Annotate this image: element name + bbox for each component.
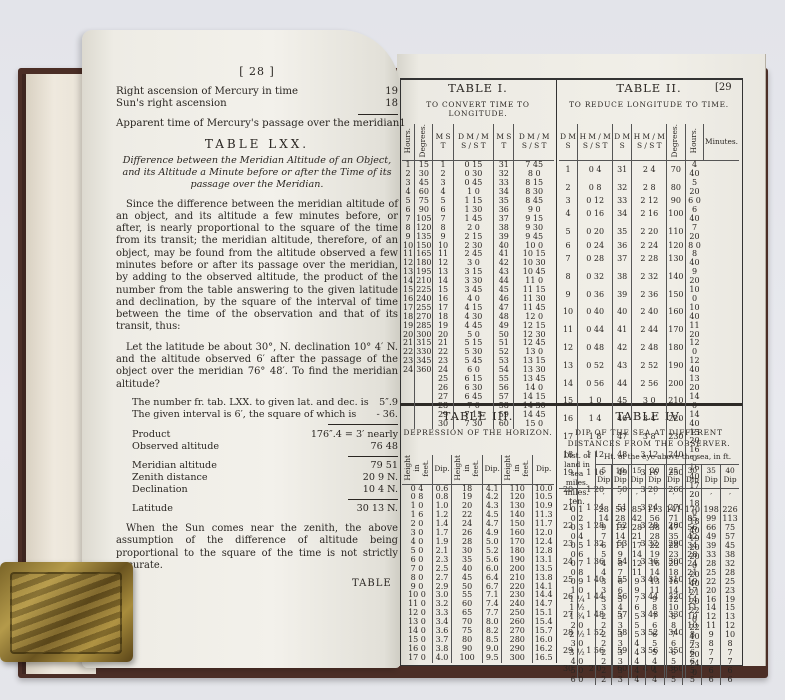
table1-grid: Hours.Degrees.M S TD M / M S / S TM S TD… — [402, 124, 554, 429]
table-cell: 100 — [452, 654, 483, 663]
minute-mark: ′ — [702, 488, 721, 506]
paragraph-1: Since the difference between the meridia… — [116, 199, 398, 334]
table-row: 60 24362 241208 0 — [559, 242, 739, 251]
table1-header: TABLE I. TO CONVERT TIME TO LONGITUDE. — [400, 84, 556, 119]
table-cell: 15 — [559, 393, 578, 411]
table-cell — [415, 384, 433, 393]
table2-caption: TO REDUCE LONGITUDE TO TIME. — [557, 100, 741, 110]
dip-cell: 2 — [596, 676, 612, 685]
table-cell: 2 24 — [632, 242, 667, 251]
header-label: D M S — [560, 132, 576, 150]
table-cell: 170 — [667, 322, 685, 340]
table1-caption: TO CONVERT TIME TO LONGITUDE. — [400, 100, 556, 119]
table-cell: 17 0 — [402, 654, 432, 663]
height-column-header: 5 Dip — [596, 464, 612, 488]
table3-grid: Height in feet.Dip.Height in feet.Dip.He… — [402, 455, 554, 663]
table-cell: 5 20 — [685, 179, 703, 197]
rule — [348, 456, 398, 457]
calc-line: The given interval is 6′, the square of … — [132, 409, 398, 421]
miles-ten-label: miles. ten. — [559, 488, 596, 506]
table2-header: TABLE II. TO REDUCE LONGITUDE TO TIME. — [557, 84, 741, 109]
table-cell: 0 4 — [578, 161, 613, 179]
height-column-header: 15 Dip — [629, 464, 646, 488]
table-cell: 2 16 — [632, 206, 667, 224]
table-cell: 1 — [559, 161, 578, 179]
height-column-header: 35 Dip — [702, 464, 721, 488]
apparent-time-line: Apparent time of Mercury's passage over … — [116, 118, 398, 131]
table-row: 2 01.4244.715011.7 — [402, 520, 554, 529]
table-cell: 70 — [667, 161, 685, 179]
height-column-header: 25 Dip — [664, 464, 683, 488]
table-cell: 7 30 — [453, 420, 494, 429]
paragraph-2: Let the latitude be about 30°, N. declin… — [116, 342, 398, 391]
bleed-through-table-label: TABLE — [352, 578, 392, 589]
header-label: Height in feet. — [454, 455, 481, 481]
table-row: 161 4463 422014 40 — [559, 411, 739, 429]
header-label: Dip. — [485, 464, 500, 473]
table-cell — [415, 393, 433, 402]
minute-mark: ′ — [721, 488, 739, 506]
table-cell: 210 — [667, 393, 685, 411]
table-header-cell: Dip. — [432, 455, 451, 484]
calc-line: The number fr. tab. LXX. to given lat. a… — [132, 397, 398, 409]
table-header-cell: H M / M S / S T — [632, 124, 667, 161]
paragraph-3: When the Sun comes near the zenith, the … — [116, 523, 398, 572]
table-cell: 0 32 — [578, 268, 613, 286]
table-cell — [415, 402, 433, 411]
table-cell — [402, 402, 415, 411]
table-row: 6 02.3355.619013.1 — [402, 556, 554, 565]
table-row: 3 01.7264.916012.0 — [402, 529, 554, 538]
header-label: Hours. — [690, 128, 699, 153]
table-cell: 30 — [433, 420, 453, 429]
calc-line: Product176″.4 = 3′ nearly — [132, 429, 398, 441]
table-cell: 10 0 — [685, 286, 703, 304]
dip-cell: 5 — [683, 676, 702, 685]
calc-line: Latitude30 13 N. — [132, 503, 398, 515]
table-cell: 2 8 — [632, 179, 667, 197]
table-cell: 0 36 — [578, 286, 613, 304]
table-cell: 80 — [667, 179, 685, 197]
table-cell: 33 — [613, 197, 632, 206]
table-cell: 0 24 — [578, 242, 613, 251]
rule — [358, 114, 398, 115]
table-row: 120 48422 4818012 0 — [559, 339, 739, 357]
table-row: 140 56442 5620013 20 — [559, 375, 739, 393]
table-cell: 6 40 — [685, 206, 703, 224]
table-cell: 90 — [667, 197, 685, 206]
table-row: 6 023445566 — [559, 676, 739, 685]
table-row: 0 80.8194.212010.5 — [402, 493, 554, 502]
header-label: M S T — [436, 132, 451, 150]
calculation-block: The number fr. tab. LXX. to given lat. a… — [132, 397, 398, 515]
table-cell: 2 20 — [632, 224, 667, 242]
table-cell: 2 28 — [632, 250, 667, 268]
table-row: 17 04.01009.530016.5 — [402, 654, 554, 663]
table-cell: 13 — [559, 357, 578, 375]
table-cell: 140 — [667, 268, 685, 286]
table-cell: 17 — [559, 429, 578, 447]
table-cell: 4 40 — [685, 161, 703, 179]
table-cell: 47 — [613, 429, 632, 447]
table-cell: 2 56 — [632, 375, 667, 393]
header-label: Hours. — [404, 128, 413, 153]
calc-line: Observed altitude76 48 — [132, 441, 398, 453]
calc-line: Zenith distance20 9 N. — [132, 472, 398, 484]
minute-mark: ′ — [629, 488, 646, 506]
table-cell: 0 52 — [578, 357, 613, 375]
header-label: H M / M S / S T — [580, 132, 611, 150]
table-cell: 0 56 — [578, 375, 613, 393]
table-cell: 14 0 — [685, 393, 703, 411]
table-cell: 60 — [494, 420, 514, 429]
table1-title: TABLE I. — [400, 84, 556, 94]
table-row: 307 306015 0 — [402, 420, 554, 429]
table2-title: TABLE II. — [557, 84, 741, 94]
header-label: Dip. — [536, 464, 551, 473]
table-cell: 2 44 — [632, 322, 667, 340]
table-row: 90 36392 3615010 0 — [559, 286, 739, 304]
header-label: H M / M S / S T — [634, 132, 665, 150]
table-lxx-title: TABLE LXX. — [116, 138, 398, 151]
table-cell: 0 40 — [578, 304, 613, 322]
header-label: M S T — [496, 132, 511, 150]
table-cell: 9 — [559, 286, 578, 304]
table-lxx-subtitle: Difference between the Meridian Altitude… — [116, 155, 398, 191]
ra-mercury-line: Right ascension of Mercury in time19 — [116, 86, 398, 99]
header-label: Dip. — [434, 464, 449, 473]
dip-cell: 4 — [645, 676, 664, 685]
header-label: D M / M S / S T — [458, 132, 489, 150]
paperweight-hand-relief — [10, 572, 122, 654]
table-cell: 8 — [559, 268, 578, 286]
header-label: Minutes. — [705, 137, 738, 146]
table-header-cell: D M / M S / S T — [514, 124, 554, 161]
header-label: D M / M S / S T — [519, 132, 550, 150]
table-row: 70 28372 281308 40 — [559, 250, 739, 268]
table-header-cell: D M S — [559, 124, 578, 161]
table-cell: 5 — [559, 224, 578, 242]
table-header-cell: M S T — [494, 124, 514, 161]
table-header-row: Height in feet.Dip.Height in feet.Dip.He… — [402, 455, 554, 484]
table-cell: 12 — [559, 339, 578, 357]
table-cell: 10 40 — [685, 304, 703, 322]
table-header-row: Dist. of land in sea miles.Ht. of the ey… — [559, 452, 739, 464]
table-header-cell: Dip. — [483, 455, 502, 484]
height-column-header: 10 Dip — [612, 464, 629, 488]
table-cell: 1 8 — [578, 429, 613, 447]
table-row: 8 02.7456.421013.8 — [402, 574, 554, 583]
table-header-cell: M S T — [433, 124, 453, 161]
table-cell: 15 0 — [514, 420, 554, 429]
dip-cell: 6 — [702, 676, 721, 685]
table-cell: 6 — [559, 242, 578, 251]
table-row: 0 40.6184.111010.0 — [402, 484, 554, 493]
table-cell: 9 20 — [685, 268, 703, 286]
table-header-cell: Height in feet. — [402, 455, 432, 484]
table-header-cell: D M / M S / S T — [453, 124, 494, 161]
brass-paperweight — [0, 562, 133, 662]
table-cell: 36 — [613, 242, 632, 251]
rule — [348, 499, 398, 500]
table-row: 7 02.5406.020013.5 — [402, 565, 554, 574]
table-cell — [402, 420, 415, 429]
table-cell: 45 — [613, 393, 632, 411]
table-cell: 12 40 — [685, 357, 703, 375]
eye-height-header: Ht. of the eye above the sea, in ft. — [596, 452, 740, 464]
table-cell: 0 44 — [578, 322, 613, 340]
table-cell: 24 — [402, 366, 415, 375]
table-row: 110 44412 4417011 20 — [559, 322, 739, 340]
minute-mark: ′ — [596, 488, 612, 506]
table-header-cell: Degrees. — [667, 124, 685, 161]
dip-cell: 5 — [664, 676, 683, 685]
table-cell: 0 16 — [578, 206, 613, 224]
table-cell: 42 — [613, 339, 632, 357]
sun-ra-line: Sun's right ascension18 — [116, 98, 398, 111]
table-cell: 220 — [667, 411, 685, 429]
table-cell: 31 — [613, 161, 632, 179]
left-page-number: [ 28 ] — [116, 66, 398, 79]
table-header-cell: Minutes. — [704, 124, 739, 161]
table-cell: 11 — [559, 322, 578, 340]
table-row: 50 20352 201107 20 — [559, 224, 739, 242]
table-cell: 40 — [613, 304, 632, 322]
table-cell: 2 — [559, 179, 578, 197]
table-cell: 2 48 — [632, 339, 667, 357]
table-cell: 32 — [613, 179, 632, 197]
table-cell: 37 — [613, 250, 632, 268]
table-cell: 200 — [667, 375, 685, 393]
minute-mark: ′ — [612, 488, 629, 506]
dip-cell: 6 — [721, 676, 739, 685]
table-cell: 39 — [613, 286, 632, 304]
table-cell: 16 — [559, 411, 578, 429]
table-cell: 34 — [613, 206, 632, 224]
table-cell: 3 — [559, 197, 578, 206]
dist-header: Dist. of land in sea miles. — [559, 452, 596, 488]
header-label: Degrees. — [419, 124, 428, 157]
table-cell: 130 — [667, 250, 685, 268]
table-cell: 10 — [559, 304, 578, 322]
table-cell: 15 20 — [685, 429, 703, 447]
table-row: 130 52432 5219012 40 — [559, 357, 739, 375]
table-cell: 9.5 — [483, 654, 502, 663]
table-header-cell: H M / M S / S T — [578, 124, 613, 161]
table-row: 151 0453 021014 0 — [559, 393, 739, 411]
header-label: Degrees. — [671, 124, 680, 157]
calc-line: Declination10 4 N. — [132, 484, 398, 496]
table-cell: 44 — [613, 375, 632, 393]
table-cell — [402, 393, 415, 402]
table-cell: 41 — [613, 322, 632, 340]
table-cell — [402, 411, 415, 420]
table-cell: 0 28 — [578, 250, 613, 268]
table-header-cell: Height in feet. — [452, 455, 483, 484]
table-cell: 13 20 — [685, 375, 703, 393]
table-cell: 14 40 — [685, 411, 703, 429]
table-cell: 46 — [613, 411, 632, 429]
header-label: Height in feet. — [404, 455, 431, 481]
table-header-row: Hours.Degrees.M S TD M / M S / S TM S TD… — [402, 124, 554, 161]
table-cell: 2 12 — [632, 197, 667, 206]
table-cell: 160 — [667, 304, 685, 322]
height-column-header: 30 Dip — [683, 464, 702, 488]
table-header-cell: D M S — [613, 124, 632, 161]
table-cell: 2 52 — [632, 357, 667, 375]
table-cell: 300 — [502, 654, 533, 663]
table-cell — [415, 411, 433, 420]
minute-mark: ′ — [683, 488, 702, 506]
table-row: 5 02.1305.218012.8 — [402, 547, 554, 556]
table-cell: 8 40 — [685, 250, 703, 268]
minute-mark: ′ — [645, 488, 664, 506]
table-header-cell: Degrees. — [415, 124, 433, 161]
table-row: 1 61.2224.514011.3 — [402, 511, 554, 520]
table-row: 80 32382 321409 20 — [559, 268, 739, 286]
table-cell: 14 — [559, 375, 578, 393]
table-cell: 7 20 — [685, 224, 703, 242]
table-cell: 38 — [613, 268, 632, 286]
table-row: 20 8322 8805 20 — [559, 179, 739, 197]
table-cell — [402, 375, 415, 384]
height-column-header: 20 Dip — [645, 464, 664, 488]
table-row: 30 12332 12906 0 — [559, 197, 739, 206]
table-row: 40 16342 161006 40 — [559, 206, 739, 224]
table-cell: 150 — [667, 286, 685, 304]
table4-grid: Dist. of land in sea miles.Ht. of the ey… — [559, 452, 739, 685]
table-cell: 0 12 — [578, 197, 613, 206]
table-header-row: D M SH M / M S / S TD M SH M / M S / S T… — [559, 124, 739, 161]
table-cell: 3 8 — [632, 429, 667, 447]
table-cell — [415, 420, 433, 429]
table-cell — [415, 375, 433, 384]
table-cell: 4.0 — [432, 654, 451, 663]
table-cell: 100 — [667, 206, 685, 224]
table-row: 100 40402 4016010 40 — [559, 304, 739, 322]
dip-cell: 3 — [612, 676, 629, 685]
table-row: 171 8473 823015 20 — [559, 429, 739, 447]
table-cell: 0 48 — [578, 339, 613, 357]
table-cell: 2 4 — [632, 161, 667, 179]
table-cell: 2 32 — [632, 268, 667, 286]
table-row: 4 01.9285.017012.4 — [402, 538, 554, 547]
rule — [328, 424, 398, 425]
table-cell: 180 — [667, 339, 685, 357]
table-cell: 3 4 — [632, 411, 667, 429]
table-cell: 0 20 — [578, 224, 613, 242]
table-cell: 2 40 — [632, 304, 667, 322]
table-subheader-row: miles. ten.′′′′′′′′ — [559, 488, 739, 506]
table-cell: 4 — [559, 206, 578, 224]
table3-caption: DEPRESSION OF THE HORIZON. — [400, 428, 556, 438]
table-cell: 190 — [667, 357, 685, 375]
table-header-cell: Height in feet. — [502, 455, 533, 484]
table-cell: 11 20 — [685, 322, 703, 340]
table-cell: 360 — [415, 366, 433, 375]
header-label: Height in feet. — [504, 455, 531, 481]
table-cell: 35 — [613, 224, 632, 242]
table-row: 1 01.0204.313010.9 — [402, 502, 554, 511]
table-cell: 12 0 — [685, 339, 703, 357]
table-cell: 1 0 — [578, 393, 613, 411]
header-label: D M S — [614, 132, 630, 150]
table-cell — [402, 384, 415, 393]
minute-mark: ′ — [664, 488, 683, 506]
table-cell: 0 8 — [578, 179, 613, 197]
table-header-cell: Hours. — [685, 124, 703, 161]
dip-cell: 4 — [629, 676, 646, 685]
table-cell: 2 36 — [632, 286, 667, 304]
table-cell: 110 — [667, 224, 685, 242]
table-cell: 230 — [667, 429, 685, 447]
distance-cell: 6 0 — [559, 676, 596, 685]
table-cell: 1 4 — [578, 411, 613, 429]
height-column-header: 40 Dip — [721, 464, 739, 488]
table-cell: 120 — [667, 242, 685, 251]
table-cell: 7 — [559, 250, 578, 268]
left-page-content: [ 28 ] Right ascension of Mercury in tim… — [116, 66, 398, 572]
table-cell: 43 — [613, 357, 632, 375]
calc-line: Meridian altitude79 51 — [132, 460, 398, 472]
table-divider-vertical — [556, 78, 557, 663]
table-cell: 3 0 — [632, 393, 667, 411]
table-row: 10 4312 4704 40 — [559, 161, 739, 179]
table-header-cell: Dip. — [533, 455, 554, 484]
table-cell: 16.5 — [533, 654, 554, 663]
